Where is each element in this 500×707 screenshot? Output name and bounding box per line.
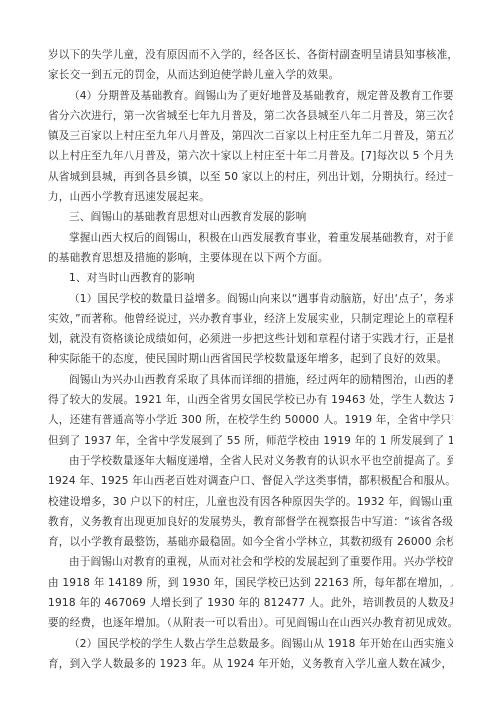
document-page: 岁以下的失学儿童，没有原因而不入学的，经各区长、各街村副查明呈请县知事核准，让其…	[0, 0, 500, 707]
text-line: 1924 年、1925 年山西老百姓对调查户口、督促入学这类事情，都积极配合和服…	[48, 471, 453, 491]
text-line: 的基础教育思想及措施的影响，主要体现在以下两个方面。	[48, 248, 453, 268]
text-line: 岁以下的失学儿童，没有原因而不入学的，经各区长、各街村副查明呈请县知事核准，让其	[48, 45, 453, 65]
text-line: 育，以小学教育最整饬，基础亦最稳固。如今全省小学林立，其数初级有 26000 余…	[48, 532, 453, 552]
text-line: 省分六次进行，第一次省城至七年九月普及，第二次各县城至八年二月普及，第三次各县乡	[48, 106, 453, 126]
text-line: 育，到入学人数最多的 1923 年。从 1924 年开始，义务教育入学儿童人数在…	[48, 654, 453, 674]
text-line: 要的经费，也逐年增加。（从附表一可以看出）。可见阎锡山在山西兴办教育初见成效。	[48, 613, 453, 633]
text-line: 1、对当时山西教育的影响	[48, 268, 453, 288]
text-line: 1918 年的 467069 人增长到了 1930 年的 812477 人。此外…	[48, 593, 453, 613]
text-line: 阎锡山为兴办山西教育采取了具体而详细的措施，经过两年的励精图治，山西的教育取	[48, 370, 453, 390]
text-line: （1）国民学校的数量日益增多。阎锡山向来以“遇事肯动脑筋，好出‘点子’，务求	[48, 289, 453, 309]
text-line: 家长交一到五元的罚金，从而达到迫使学龄儿童入学的效果。	[48, 65, 453, 85]
text-line: （2）国民学校的学生人数占学生总数最多。阎锡山从 1918 年开始在山西实施义务…	[48, 634, 453, 654]
text-line: 教育，义务教育出现更加良好的发展势头，教育部督学在视察报告中写道：“该省各级教	[48, 512, 453, 532]
text-line: （4）分期普及基础教育。阎锡山为了更好地普及基础教育，规定普及教育工作要在全	[48, 86, 453, 106]
text-line: 得了较大的发展。1921 年，山西全省男女国民学校已办有 19463 处，学生人…	[48, 390, 453, 410]
text-line: 掌握山西大权后的阎锡山，积极在山西发展教育事业，着重发展基础教育，对于阎锡山	[48, 228, 453, 248]
text-line: 由于学校数量逐年大幅度递增，全省人民对义务教育的认识水平也空前提高了。到	[48, 451, 453, 471]
text-line: 实效，”而著称。他曾经说过，兴办教育事业，经济上发展实业，只制定理论上的章程和计	[48, 309, 453, 329]
text-line: 以上村庄至九年八月普及，第六次十家以上村庄至十年二月普及。[7]每次以 5 个月…	[48, 146, 453, 166]
text-line: 由 1918 年 14189 所，到 1930 年，国民学校已达到 22163 …	[48, 573, 453, 593]
document-body: 岁以下的失学儿童，没有原因而不入学的，经各区长、各街村副查明呈请县知事核准，让其…	[48, 45, 453, 674]
text-line: 种实际能干的态度，使民国时期山西省国民学校数量逐年增多，起到了良好的效果。	[48, 349, 453, 369]
text-line: 从省城到县城，再到各县乡镇，以至 50 家以上的村庄，列出计划，分期执行。经过一…	[48, 167, 453, 187]
text-line: 力，山西小学教育迅速发展起来。	[48, 187, 453, 207]
text-line: 镇及三百家以上村庄至九年八月普及，第四次二百家以上村庄至九年二月普及，第五次百家	[48, 126, 453, 146]
text-line: 划，就没有资格谈论成绩如何，必须进一步把这些计划和章程付诸于实践才行，正是抱着这	[48, 329, 453, 349]
text-line: 由于阎锡山对教育的重视，从而对社会和学校的发展起到了重要作用。兴办学校的数量	[48, 552, 453, 572]
text-line: 人，还建有普通高等小学近 300 所，在校学生约 50000 人。1919 年，…	[48, 410, 453, 430]
text-line: 但到了 1937 年，全省中学发展到了 55 所，师范学校由 1919 年的 1…	[48, 431, 453, 451]
text-line: 三、阎锡山的基础教育思想对山西教育发展的影响	[48, 207, 453, 227]
text-line: 校建设增多，30 户以下的村庄，儿童也没有因各种原因失学的。1932 年，阎锡山…	[48, 492, 453, 512]
